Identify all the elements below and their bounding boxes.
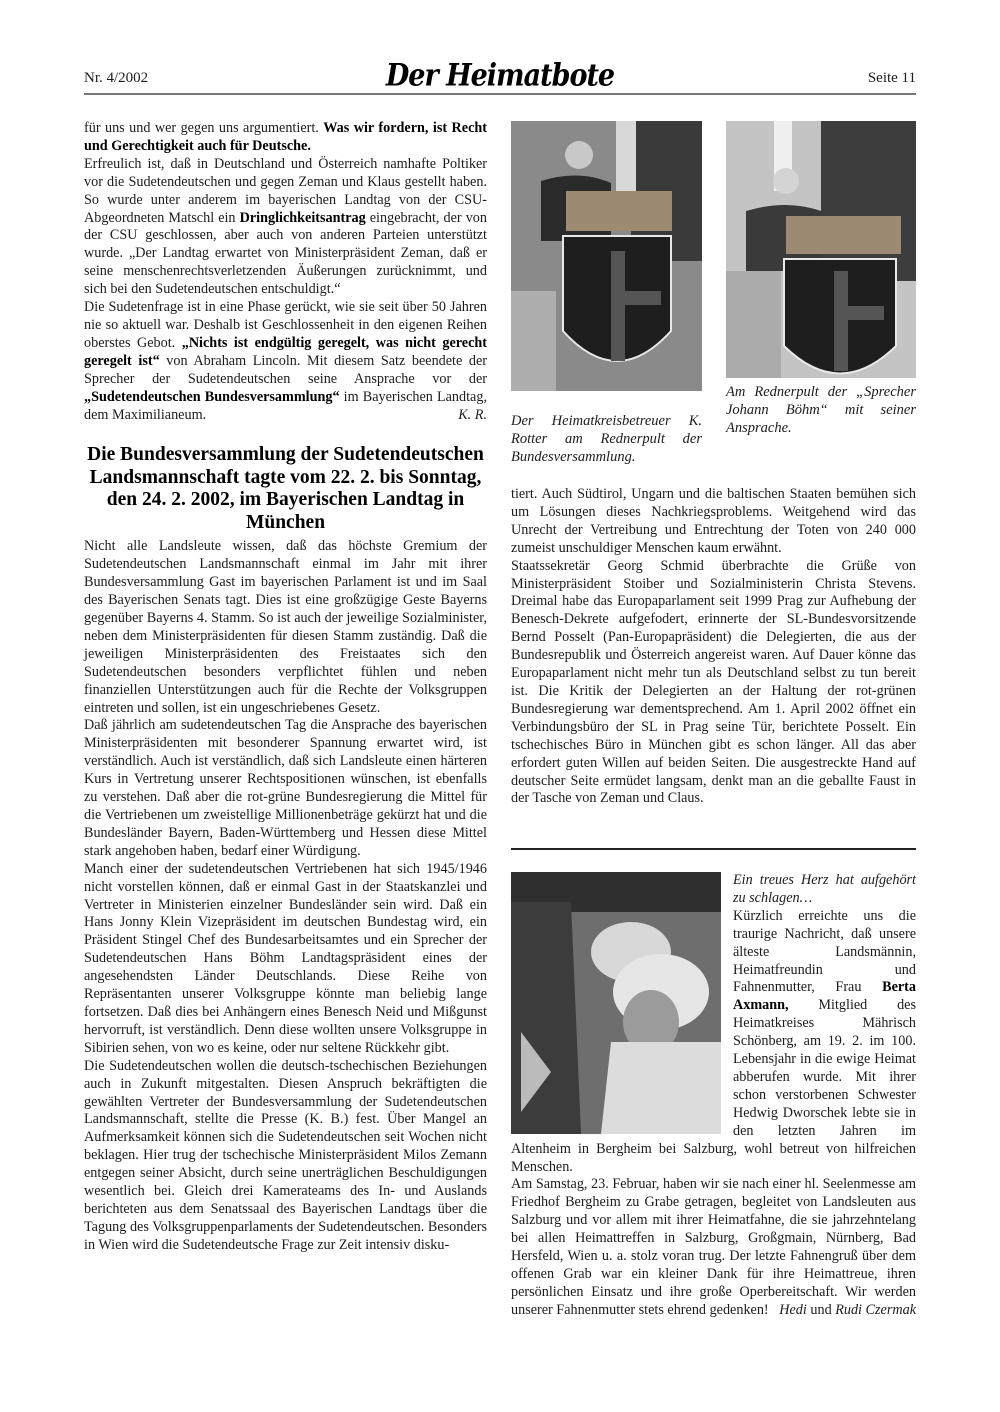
photo2-caption: Am Rednerpult der „Sprecher Johann Böhm“… [726,383,916,437]
obituary-paragraph-2: Am Samstag, 23. Februar, haben wir sie n… [511,1176,916,1319]
article-paragraph: Staatssekretär Georg Schmid überbrachte … [511,558,916,809]
article-paragraph: tiert. Auch Südtirol, Ungarn und die bal… [511,486,916,558]
intro-paragraph-3: Die Sudetenfrage ist in eine Phase gerüc… [84,299,487,424]
photo-image [726,121,916,378]
intro-paragraph-1: für uns und wer gegen uns argumentiert. … [84,120,487,156]
photo-image [511,121,702,391]
header-rule [84,93,916,95]
photo-image [511,872,721,1134]
author-signature: K. R. [458,407,487,425]
photo-berta-axmann [511,872,721,1134]
right-column: tiert. Auch Südtirol, Ungarn und die bal… [511,486,916,808]
article-paragraph: Daß jährlich am sudetendeutschen Tag die… [84,717,487,860]
obituary-signature: Hedi und Rudi Czermak [779,1302,916,1320]
left-column: für uns und wer gegen uns argumentiert. … [84,120,487,1255]
article-paragraph: Manch einer der sudetendeutschen Vertrie… [84,861,487,1058]
photo1-caption: Der Heimatkreisbetreuer K. Rotter am Red… [511,412,702,466]
obituary: Ein treues Herz hat aufgehört zu schlage… [511,872,916,1320]
page-number: Seite 11 [868,70,916,87]
photo-speaker-boehm [726,121,916,378]
masthead-logo: Der Heimatbote [0,58,1000,94]
section-divider [511,848,916,850]
article-headline: Die Bundesversammlung der Sudetendeutsch… [84,444,487,534]
article-paragraph: Nicht alle Landsleute wissen, daß das hö… [84,538,487,717]
photo-speaker-rotter [511,121,702,391]
intro-paragraph-2: Erfreulich ist, daß in Deutschland und Ö… [84,156,487,299]
article-paragraph: Die Sudetendeutschen wollen die deutsch-… [84,1058,487,1255]
